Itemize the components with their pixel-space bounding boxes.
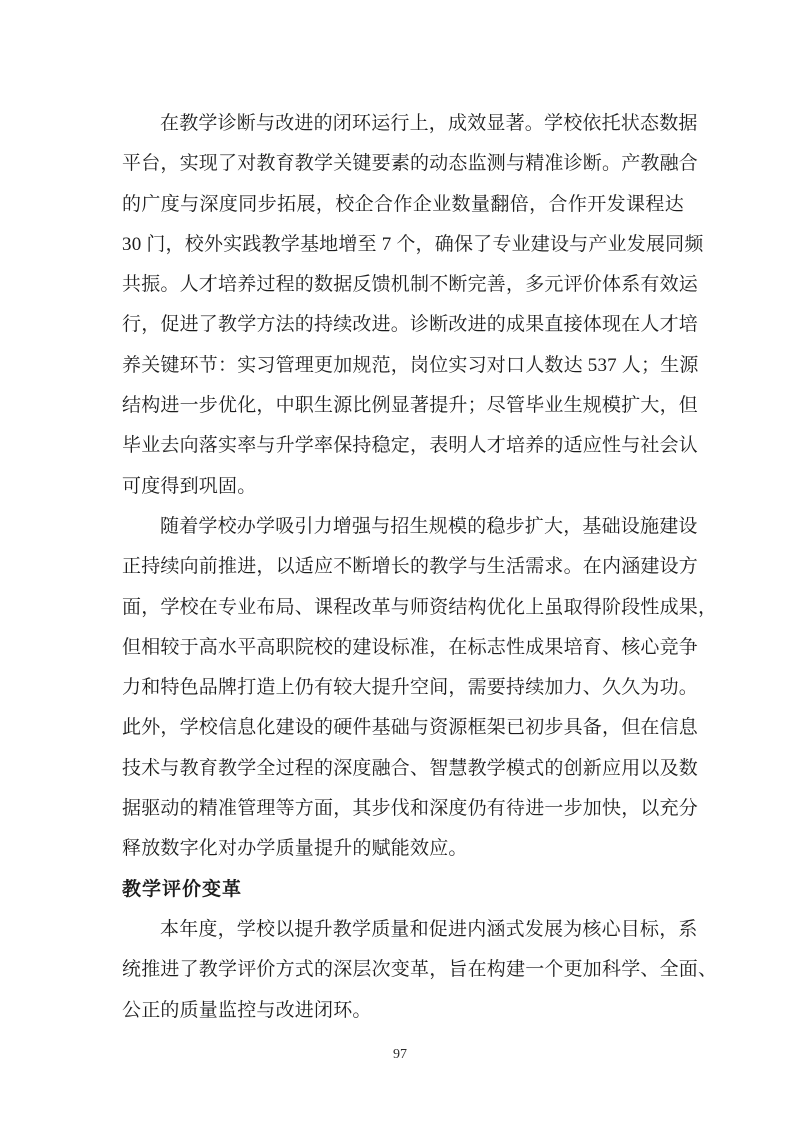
text-line: 的广度与深度同步拓展，校企合作企业数量翻倍，合作开发课程达 xyxy=(122,185,684,225)
text-line: 据驱动的精准管理等方面，其步伐和深度仍有待进一步加快，以充分 xyxy=(122,789,684,829)
text-line: 正持续向前推进，以适应不断增长的教学与生活需求。在内涵建设方 xyxy=(122,547,684,587)
text-line: 可度得到巩固。 xyxy=(122,467,684,507)
text-line: 公正的质量监控与改进闭环。 xyxy=(122,991,684,1031)
text-line: 但相较于高水平高职院校的建设标准，在标志性成果培育、核心竞争 xyxy=(122,628,684,668)
text-line: 平台，实现了对教育教学关键要素的动态监测与精准诊断。产教融合 xyxy=(122,144,684,184)
document-body-text: 在教学诊断与改进的闭环运行上，成效显著。学校依托状态数据平台，实现了对教育教学关… xyxy=(122,104,684,1031)
text-line: 面，学校在专业布局、课程改革与师资结构优化上虽取得阶段性成果， xyxy=(122,588,684,628)
text-line: 释放数字化对办学质量提升的赋能效应。 xyxy=(122,829,684,869)
text-line: 随着学校办学吸引力增强与招生规模的稳步扩大，基础设施建设 xyxy=(122,507,684,547)
text-line: 30 门，校外实践教学基地增至 7 个，确保了专业建设与产业发展同频 xyxy=(122,225,684,265)
text-line: 结构进一步优化，中职生源比例显著提升；尽管毕业生规模扩大，但 xyxy=(122,386,684,426)
page-number: 97 xyxy=(0,1046,800,1064)
text-line: 此外，学校信息化建设的硬件基础与资源框架已初步具备，但在信息 xyxy=(122,708,684,748)
text-line: 技术与教育教学全过程的深度融合、智慧教学模式的创新应用以及数 xyxy=(122,749,684,789)
text-line: 毕业去向落实率与升学率保持稳定，表明人才培养的适应性与社会认 xyxy=(122,426,684,466)
text-line: 教学评价变革 xyxy=(122,870,684,910)
text-line: 行，促进了教学方法的持续改进。诊断改进的成果直接体现在人才培 xyxy=(122,305,684,345)
text-line: 力和特色品牌打造上仍有较大提升空间，需要持续加力、久久为功。 xyxy=(122,668,684,708)
text-line: 养关键环节：实习管理更加规范，岗位实习对口人数达 537 人；生源 xyxy=(122,346,684,386)
text-line: 在教学诊断与改进的闭环运行上，成效显著。学校依托状态数据 xyxy=(122,104,684,144)
text-line: 共振。人才培养过程的数据反馈机制不断完善，多元评价体系有效运 xyxy=(122,265,684,305)
text-line: 统推进了教学评价方式的深层次变革，旨在构建一个更加科学、全面、 xyxy=(122,950,684,990)
document-page: 在教学诊断与改进的闭环运行上，成效显著。学校依托状态数据平台，实现了对教育教学关… xyxy=(0,0,800,1131)
text-line: 本年度，学校以提升教学质量和促进内涵式发展为核心目标，系 xyxy=(122,910,684,950)
